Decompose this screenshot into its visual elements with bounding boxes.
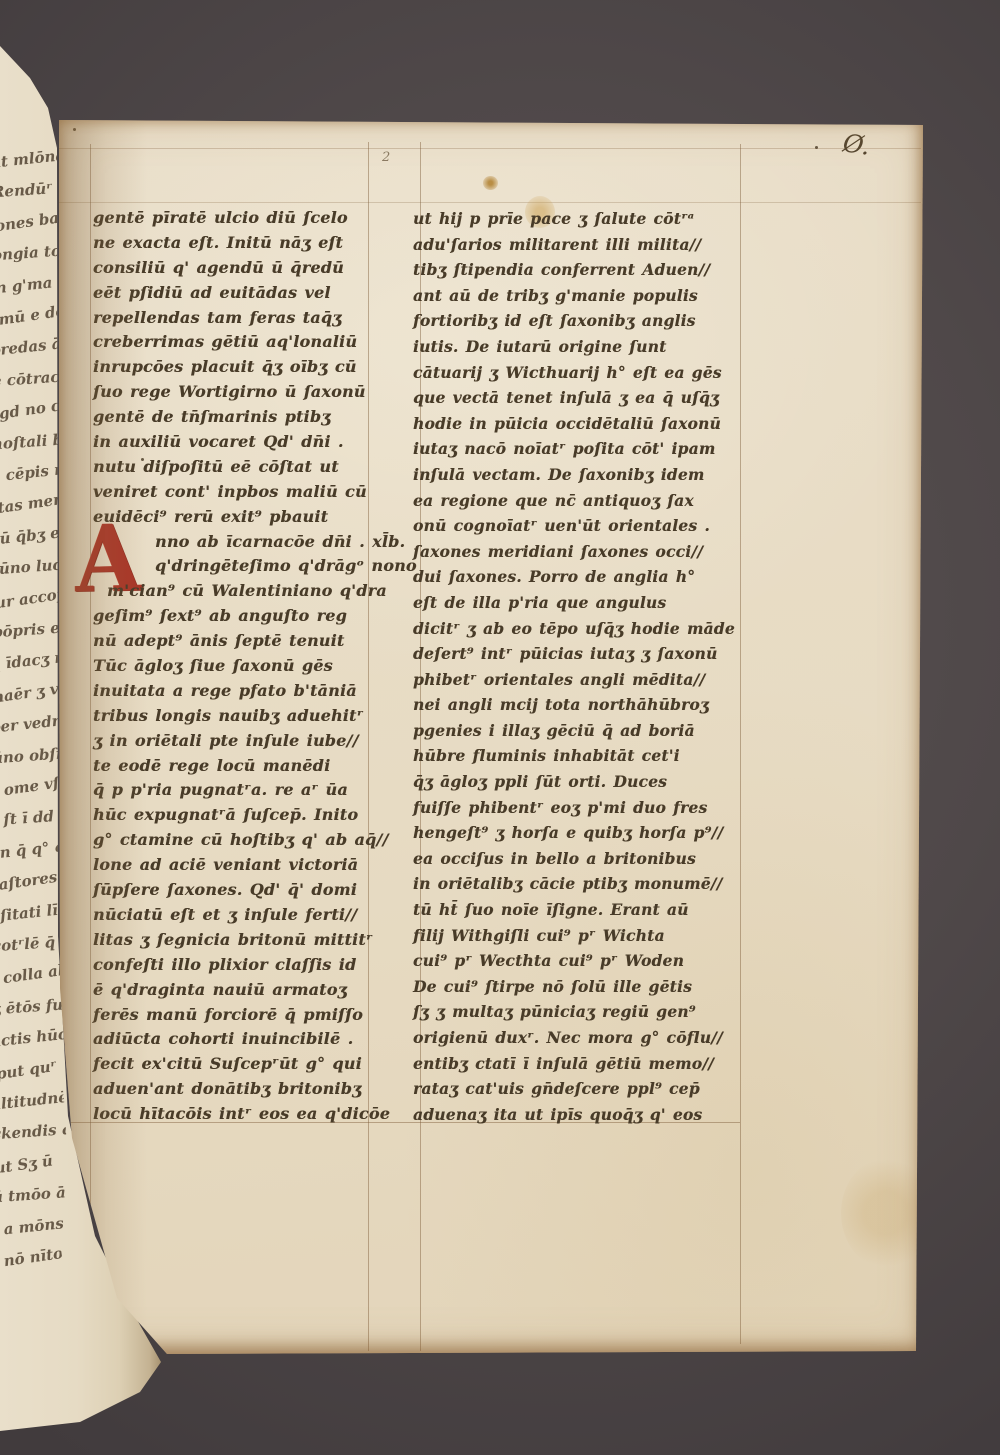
line-text: nū adept⁹ ānis ſeptē tenuit: [93, 631, 344, 650]
fragment-text: per vedrē: [0, 711, 65, 737]
column-1: gentē pīratē ulcio diū ſcelone exacta eſ…: [93, 206, 399, 1127]
line-text: dui ſaxones. Porro de anglia h°: [413, 567, 695, 586]
text-line: ea occiſus in bello a britonibus: [413, 846, 751, 872]
fragment-text: ʒ a mōns cū: [0, 1212, 65, 1240]
line-text: hūbre fluminis inhabitāt cet'i: [413, 746, 680, 765]
facing-page-text-fragment: rput quʳ: [0, 1054, 63, 1088]
text-line: fuiſſe phibentʳ eoʒ p'mi duo fres: [413, 795, 751, 821]
facing-page-text-fragment: q̄ īdacʒ m: [0, 647, 65, 679]
line-text: cātuarij ʒ Wicthuarij h° eſt ea gēs: [413, 363, 722, 382]
text-line: phibetʳ orientales angli mēdita//: [413, 667, 751, 693]
line-text: veniret cont' inpbos maliū cū: [93, 482, 367, 501]
column-2: ut hij p prīe pace ʒ ſalute cōtʳᵃadu'ſar…: [413, 206, 751, 1127]
text-line: confeſti illo plixior claſſis id: [93, 953, 399, 978]
text-line: nno ab īcarnacōe dn̄i . xl̄b.: [93, 530, 399, 555]
line-text: inuitata a rege pfato b'tāniā: [93, 681, 357, 700]
fragment-text: ultitudnē h: [0, 1086, 65, 1114]
line-text: ea regione que nc̄ antiquoʒ ſax: [413, 491, 694, 510]
text-line: onū cognoīatʳ uen'ūt orientales .: [413, 513, 751, 539]
fragment-text: q̄ ome vſr: [0, 772, 63, 801]
fragment-text: ū tmōo ā: [0, 1183, 66, 1206]
line-text: ʒ in oriētali pte inſule iube//: [93, 731, 359, 750]
line-text: cui⁹ pʳ Wecthta cui⁹ pʳ Woden: [413, 951, 684, 970]
fragment-text: tones bale: [0, 206, 63, 236]
fragment-text: q̄ īdacʒ m: [0, 648, 65, 674]
line-text: eſt de illa p'ria que angulus: [413, 593, 666, 612]
fragment-text: tur accoſ: [0, 585, 63, 613]
line-text: ſʒ ʒ multaʒ pūniciaʒ regiū gen⁹: [413, 1002, 696, 1021]
facing-page-text-fragment: cotʳlē q̄ hʳ: [0, 930, 67, 959]
line-text: nei angli mcij tota northāhūbroʒ: [413, 695, 709, 714]
facing-page-text-fragment: e cōtracōʒ: [0, 365, 67, 394]
facing-page-text-fragment: maēr ʒ ve: [0, 677, 63, 711]
text-line: lone ad aciē veniant victoriā: [93, 853, 399, 878]
text-line: adiūcta cohorti inuincibilē .: [93, 1027, 399, 1052]
fragment-text: d cēpis mſo: [0, 458, 65, 486]
line-text: geſim⁹ ſext⁹ ab anguſto reg: [93, 606, 347, 625]
text-line: ʒ in oriētali pte inſule iube//: [93, 729, 399, 754]
text-line: in auxiliū vocaret Qd' dn̄i .: [93, 430, 399, 455]
fragment-text: Rendūʳ ſō: [0, 178, 67, 202]
facing-page-text-fragment: Rendūʳ ſō: [0, 177, 67, 206]
facing-page-text-fragment: a colla abʳ: [0, 960, 63, 994]
facing-page-text-fragment: nt mlōna: [0, 144, 65, 176]
fragment-text: hoſtali buſū: [0, 428, 67, 453]
text-line: fortioribʒ id eſt ſaxonibʒ anglis: [413, 308, 751, 334]
line-text: filij Withgiſli cui⁹ pʳ Wichta: [413, 926, 665, 945]
text-line: q̄ p p'ria pugnatʳa. re aʳ ūa: [93, 778, 399, 803]
line-text: tribus longis nauibʒ aduehitʳ: [93, 706, 363, 725]
text-line: inſulā vectam. De ſaxonibʒ idem: [413, 462, 751, 488]
text-line: locū hītacōis intʳ eos ea q'dicōe: [93, 1102, 399, 1127]
text-line: q'dringēteſimo q'drāgᵒ nono: [93, 554, 399, 579]
text-line: in oriētalibʒ cācie ptibʒ monumē//: [413, 871, 751, 897]
text-line: hodie in pūicia occidētaliū ſaxonū: [413, 411, 751, 437]
facing-page-text-fragment: ckendis q'⁹: [0, 1119, 67, 1148]
facing-page-text-fragment: d nō nīto pl: [0, 1242, 63, 1276]
fragment-text: etas memʳ: [0, 489, 63, 519]
fragment-text: nctis hūc: [0, 1025, 65, 1051]
line-text: in auxiliū vocaret Qd' dn̄i .: [93, 432, 344, 451]
text-line: m'cian⁹ cū Walentiniano q'dra: [93, 579, 399, 604]
line-text: iutaʒ nacō noīatʳ poſita cōt' ipam: [413, 439, 715, 458]
line-text: ſūpſere ſaxones. Qd' q̄' domi: [93, 880, 357, 899]
line-text: fortioribʒ id eſt ſaxonibʒ anglis: [413, 311, 696, 330]
line-text: q̄ p p'ria pugnatʳa. re aʳ ūa: [93, 780, 348, 799]
text-line: cātuarij ʒ Wicthuarij h° eſt ea gēs: [413, 360, 751, 386]
text-line: tū ht̄ ſuo noīe īſigne. Erant aū: [413, 897, 751, 923]
folio-number: Ø.: [841, 128, 872, 160]
line-text: gentē pīratē ulcio diū ſcelo: [93, 208, 348, 227]
text-line: ea regione que nc̄ antiquoʒ ſax: [413, 488, 751, 514]
text-line: gentē de tn̄ſmarinis ptibʒ: [93, 405, 399, 430]
text-line: De cui⁹ ſtirpe nō ſolū ille gētis: [413, 974, 751, 1000]
line-text: dicitʳ ʒ ab eo tēpo uſq̄ʒ hodie māde: [413, 619, 735, 638]
line-text: ē q'draginta nauiū armatoʒ: [93, 980, 347, 999]
facing-page-text-fragment: d cēpis mſo: [0, 458, 65, 490]
line-text: gentē de tn̄ſmarinis ptibʒ: [93, 407, 331, 426]
stain-faint-bottom-right: [841, 1158, 931, 1268]
text-line: nū adept⁹ ānis ſeptē tenuit: [93, 629, 399, 654]
line-text: ea occiſus in bello a britonibus: [413, 849, 696, 868]
text-line: nei angli mcij tota northāhūbroʒ: [413, 692, 751, 718]
text-line: hūbre fluminis inhabitāt cet'i: [413, 743, 751, 769]
text-line: veniret cont' inpbos maliū cū: [93, 480, 399, 505]
text-line: te eodē rege locū manēdi: [93, 754, 399, 779]
fragment-text: ongia tom: [0, 241, 67, 265]
text-line: dicitʳ ʒ ab eo tēpo uſq̄ʒ hodie māde: [413, 616, 751, 642]
line-text: lone ad aciē veniant victoriā: [93, 855, 358, 874]
text-line: ſaxones meridiani ſaxones occi//: [413, 539, 751, 565]
facing-page-text-fragment: ū tmōo ā: [0, 1181, 67, 1210]
text-line: dui ſaxones. Porro de anglia h°: [413, 564, 751, 590]
facing-page-text-fragment: ʒ a mōns cū: [0, 1212, 65, 1244]
facing-page-text-fragment: an q̄ q° q': [0, 835, 65, 867]
line-text: adu'ſarios militarent illi milita//: [413, 235, 701, 254]
text-line: hūc expugnatʳā ſuſcep̄. Inito: [93, 803, 399, 828]
fragment-text: d nō nīto pl: [0, 1242, 63, 1272]
line-text: nno ab īcarnacōe dn̄i . xl̄b.: [155, 532, 405, 551]
fragment-text: ſut Sʒ ū: [0, 1151, 54, 1178]
fragment-text: ʳ ſt ī dd: [0, 808, 54, 830]
fragment-text: paſtores cū: [0, 865, 63, 895]
text-line: ant aū de tribʒ g'manie populis: [413, 283, 751, 309]
text-line: ſʒ ʒ multaʒ pūniciaʒ regiū gen⁹: [413, 999, 751, 1025]
line-text: adiūcta cohorti inuincibilē .: [93, 1029, 353, 1048]
fragment-text: predas ād: [0, 334, 65, 360]
line-text: hūc expugnatʳā ſuſcep̄. Inito: [93, 805, 358, 824]
facing-page-text-fragment: q̄ ome vſr: [0, 771, 63, 805]
line-text: origienū duxʳ. Nec mora g° cōflu//: [413, 1028, 723, 1047]
facing-page-text-fragment: ultitudnē h: [0, 1086, 65, 1118]
fragment-text: pōpris e d: [0, 618, 67, 642]
facing-page-text-fragment: ūno obſiʒ: [0, 742, 67, 771]
speck: [73, 128, 76, 131]
line-text: in oriētalibʒ cācie ptibʒ monumē//: [413, 874, 722, 893]
text-line: nutu diſpoſitū eē cōſtat ut: [93, 455, 399, 480]
facing-page-text-fragment: tur accoſ: [0, 583, 63, 617]
facing-page-text-fragment: pmū e dom: [0, 300, 63, 334]
facing-page-text-fragment: in g'ma ʒ: [0, 270, 65, 302]
text-line: ut hij p prīe pace ʒ ſalute cōtʳᵃ: [413, 206, 751, 232]
line-text: pgenies i illaʒ gēciū q̄ ad boriā: [413, 721, 695, 740]
text-line: ferēs manū forciorē q̄ pmiſſo: [93, 1003, 399, 1028]
ruling-line-horizontal-top: [59, 148, 921, 149]
text-line: q̄ʒ āgloʒ ppli ſūt orti. Duces: [413, 769, 751, 795]
line-text: te eodē rege locū manēdi: [93, 756, 330, 775]
line-text: confeſti illo plixior claſſis id: [93, 955, 356, 974]
fragment-text: maēr ʒ ve: [0, 678, 63, 707]
line-text: aduen'ant donātibʒ britonibʒ: [93, 1079, 361, 1098]
line-text: ſuo rege Wortigirno ū ſaxonū: [93, 382, 366, 401]
fragment-text: ūno obſiʒ: [0, 744, 67, 767]
text-line: tibʒ ſtipendia conferrent Aduen//: [413, 257, 751, 283]
text-line: cui⁹ pʳ Wecthta cui⁹ pʳ Woden: [413, 948, 751, 974]
text-line: pgenies i illaʒ gēciū q̄ ad boriā: [413, 718, 751, 744]
line-text: hodie in pūicia occidētaliū ſaxonū: [413, 414, 721, 433]
line-text: m'cian⁹ cū Walentiniano q'dra: [107, 581, 387, 600]
page-leaf: Ø. 2 A gentē pīratē ulcio diū ſcelone ex…: [57, 118, 925, 1355]
line-text: ne exacta eſt. Initū nāʒ eſt: [93, 233, 343, 252]
line-text: inrupcōes placuit q̄ʒ oībʒ cū: [93, 357, 357, 376]
line-text: iutis. De iutarū origine ſunt: [413, 337, 666, 356]
text-line: litas ʒ ſegnicia britonū mittitʳ: [93, 928, 399, 953]
line-text: tū ht̄ ſuo noīe īſigne. Erant aū: [413, 900, 689, 919]
text-line: origienū duxʳ. Nec mora g° cōflu//: [413, 1025, 751, 1051]
text-line: entibʒ ctatī ī inſulā gētiū memo//: [413, 1051, 751, 1077]
text-line: consiliū q' agendū ū q̄redū: [93, 256, 399, 281]
fragment-text: oſitati līq': [0, 899, 65, 926]
speck: [815, 146, 818, 149]
manuscript-photo: { "page": { "folio_mark": "Ø.", "quire_m…: [0, 0, 1000, 1455]
text-line: iutaʒ nacō noīatʳ poſita cōt' ipam: [413, 436, 751, 462]
facing-page-text-fragment: etas memʳ: [0, 489, 63, 523]
line-text: locū hītacōis intʳ eos ea q'dicōe: [93, 1104, 390, 1123]
text-line: euidēci⁹ rerū exit⁹ pbauit: [93, 505, 399, 530]
fragment-text: rput quʳ: [0, 1057, 58, 1084]
facing-page-text-fragment: ʒ ētōs ful: [0, 993, 67, 1022]
text-line: inuitata a rege pfato b'tāniā: [93, 679, 399, 704]
facing-page-text-fragment: ongia tom: [0, 239, 67, 268]
line-text: onū cognoīatʳ uen'ūt orientales .: [413, 516, 710, 535]
line-text: g° ctamine cū hoſtibʒ q' ab aq̄//: [93, 830, 389, 849]
text-line: aduen'ant donātibʒ britonibʒ: [93, 1077, 399, 1102]
line-text: rataʒ cat'uis gn̄deſcere ppl⁹ cep̄: [413, 1079, 700, 1098]
line-text: nutu diſpoſitū eē cōſtat ut: [93, 457, 339, 476]
text-line: gentē pīratē ulcio diū ſcelo: [93, 206, 399, 231]
line-text: eēt pſidiū ad euitādas vel: [93, 283, 331, 302]
text-line: fecit ex'citū Suſcepʳūt g° qui: [93, 1052, 399, 1077]
text-line: geſim⁹ ſext⁹ ab anguſto reg: [93, 604, 399, 629]
text-line: ſūpſere ſaxones. Qd' q̄' domi: [93, 878, 399, 903]
text-line: eſt de illa p'ria que angulus: [413, 590, 751, 616]
text-line: eēt pſidiū ad euitādas vel: [93, 281, 399, 306]
fragment-text: an q̄ q° q': [0, 836, 65, 862]
fragment-text: ēū q̄bʒ e b: [0, 522, 65, 549]
line-text: deſert⁹ intʳ pūicias iutaʒ ʒ ſaxonū: [413, 644, 717, 663]
text-line: hengeſt⁹ ʒ horſa e quibʒ horſa p⁹//: [413, 820, 751, 846]
text-line: creberrimas gētiū aq'lonaliū: [93, 330, 399, 355]
fragment-text: pmū e dom: [0, 300, 63, 330]
line-text: nūciatū eſt et ʒ inſule ferti//: [93, 905, 357, 924]
line-text: aduenaʒ ita ut ipīs quoq̄ʒ q' eos: [413, 1105, 702, 1124]
facing-page-text-fragment: tones bale: [0, 206, 63, 240]
ruling-line-horizontal-textblock-top: [59, 202, 921, 203]
line-text: hengeſt⁹ ʒ horſa e quibʒ horſa p⁹//: [413, 823, 723, 842]
text-line: repellendas tam feras taq̄ʒ: [93, 306, 399, 331]
facing-page-text-fragment: ēū q̄bʒ e b: [0, 521, 65, 553]
facing-page-text-fragment: pōpris e d: [0, 616, 67, 645]
fragment-text: cotʳlē q̄ hʳ: [0, 931, 67, 955]
text-line: filij Withgiſli cui⁹ pʳ Wichta: [413, 923, 751, 949]
fragment-text: ʒ ētōs ful: [0, 995, 67, 1018]
facing-page-text-fragment: oſitati līq': [0, 898, 65, 930]
text-line: iutis. De iutarū origine ſunt: [413, 334, 751, 360]
line-text: De cui⁹ ſtirpe nō ſolū ille gētis: [413, 977, 692, 996]
fragment-text: in g'ma ʒ: [0, 272, 65, 298]
quire-mark: 2: [382, 150, 390, 165]
line-text: ant aū de tribʒ g'manie populis: [413, 286, 698, 305]
line-text: consiliū q' agendū ū q̄redū: [93, 258, 344, 277]
stain-small: [483, 176, 498, 190]
text-line: inrupcōes placuit q̄ʒ oībʒ cū: [93, 355, 399, 380]
line-text: creberrimas gētiū aq'lonaliū: [93, 332, 357, 351]
line-text: Tūc āgloʒ ſiue ſaxonū gēs: [93, 656, 333, 675]
text-line: adu'ſarios militarent illi milita//: [413, 232, 751, 258]
facing-page-text-fragment: per vedrē: [0, 709, 65, 741]
line-text: litas ʒ ſegnicia britonū mittitʳ: [93, 930, 373, 949]
text-line: que vectā tenet inſulā ʒ ea q̄ uſq̄ʒ: [413, 385, 751, 411]
line-text: ut hij p prīe pace ʒ ſalute cōtʳᵃ: [413, 209, 694, 228]
fragment-text: a colla abʳ: [0, 960, 63, 990]
facing-page-text-fragment: hoſtali buſū: [0, 428, 67, 457]
facing-page-text-fragment: ʳ ſt ī dd: [0, 805, 67, 834]
line-text: entibʒ ctatī ī inſulā gētiū memo//: [413, 1054, 714, 1073]
fragment-text: ckendis q'⁹: [0, 1119, 67, 1143]
text-line: tribus longis nauibʒ aduehitʳ: [93, 704, 399, 729]
fragment-text: tūno lucʳ: [0, 555, 67, 578]
facing-page-text-fragment: ſut Sʒ ū: [0, 1148, 63, 1182]
line-text: fuiſſe phibentʳ eoʒ p'mi duo fres: [413, 798, 707, 817]
line-text: ſaxones meridiani ſaxones occi//: [413, 542, 703, 561]
line-text: euidēci⁹ rerū exit⁹ pbauit: [93, 507, 328, 526]
line-text: ferēs manū forciorē q̄ pmiſſo: [93, 1005, 363, 1024]
facing-page-text-fragment: paſtores cū: [0, 865, 63, 899]
facing-page-text-fragment: ugd no cōſ: [0, 394, 63, 428]
line-text: tibʒ ſtipendia conferrent Aduen//: [413, 260, 710, 279]
facing-page-text-fragment: tūno lucʳ: [0, 553, 67, 582]
text-line: ſuo rege Wortigirno ū ſaxonū: [93, 380, 399, 405]
ruling-line-vertical-left: [90, 144, 91, 1352]
text-line: g° ctamine cū hoſtibʒ q' ab aq̄//: [93, 828, 399, 853]
line-text: q̄ʒ āgloʒ ppli ſūt orti. Duces: [413, 772, 667, 791]
text-line: aduenaʒ ita ut ipīs quoq̄ʒ q' eos: [413, 1102, 751, 1128]
line-text: q'dringēteſimo q'drāgᵒ nono: [155, 556, 417, 575]
line-text: fecit ex'citū Suſcepʳūt g° qui: [93, 1054, 362, 1073]
line-text: que vectā tenet inſulā ʒ ea q̄ uſq̄ʒ: [413, 388, 719, 407]
fragment-text: e cōtracōʒ: [0, 366, 67, 390]
fragment-text: ugd no cōſ: [0, 394, 63, 424]
facing-page-text-fragment: nctis hūc: [0, 1023, 65, 1055]
text-line: nūciatū eſt et ʒ inſule ferti//: [93, 903, 399, 928]
fragment-text: nt mlōna: [0, 146, 65, 172]
text-line: rataʒ cat'uis gn̄deſcere ppl⁹ cep̄: [413, 1076, 751, 1102]
line-text: repellendas tam feras taq̄ʒ: [93, 308, 342, 327]
line-text: phibetʳ orientales angli mēdita//: [413, 670, 705, 689]
facing-page-text-fragment: predas ād: [0, 333, 65, 365]
text-line: Tūc āgloʒ ſiue ſaxonū gēs: [93, 654, 399, 679]
text-line: deſert⁹ intʳ pūicias iutaʒ ʒ ſaxonū: [413, 641, 751, 667]
text-line: ne exacta eſt. Initū nāʒ eſt: [93, 231, 399, 256]
line-text: inſulā vectam. De ſaxonibʒ idem: [413, 465, 705, 484]
text-line: ē q'draginta nauiū armatoʒ: [93, 978, 399, 1003]
